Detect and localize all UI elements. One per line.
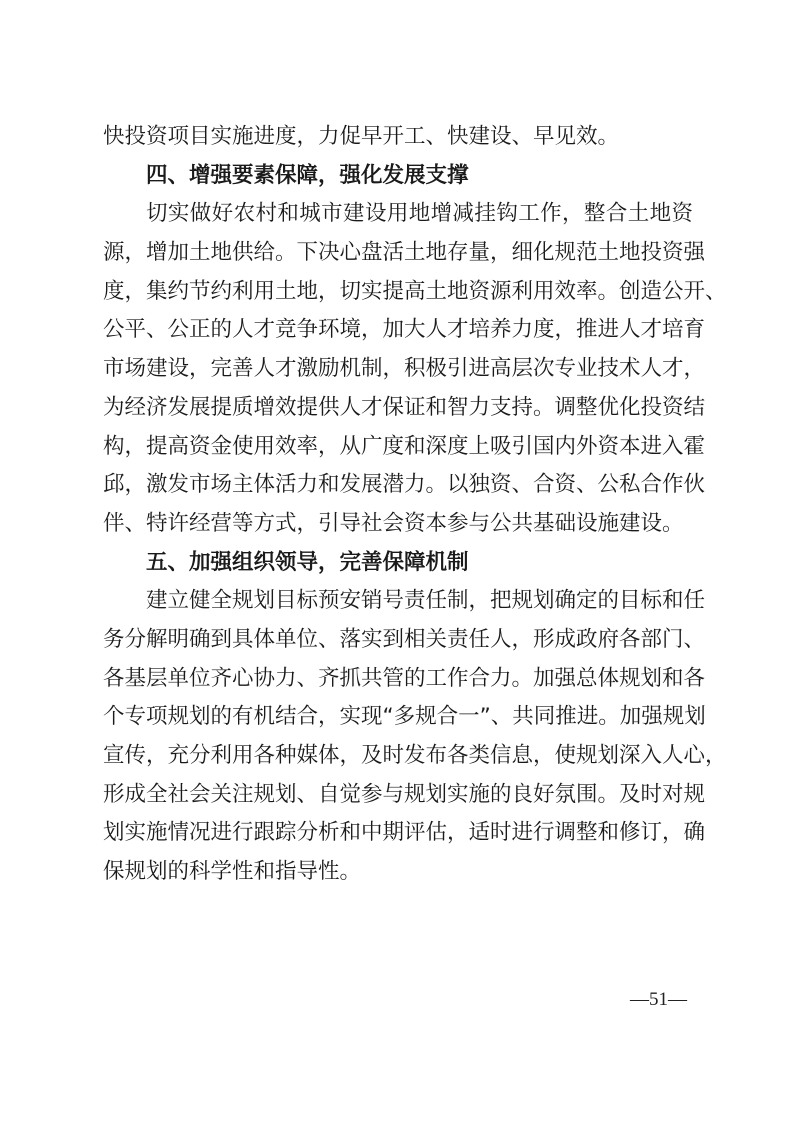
- body-line: 务分解明确到具体单位、落实到相关责任人，形成政府各部门、: [103, 621, 693, 660]
- body-line: 保规划的科学性和指导性。: [103, 853, 693, 892]
- body-line: 伴、特许经营等方式，引导社会资本参与公共基础设施建设。: [103, 505, 693, 544]
- section-heading-5: 五、加强组织领导，完善保障机制: [103, 544, 693, 583]
- page-number: —51—: [630, 989, 687, 1011]
- body-line: 建立健全规划目标预安销号责任制，把规划确定的目标和任: [103, 582, 693, 621]
- body-line: 划实施情况进行跟踪分析和中期评估，适时进行调整和修订，确: [103, 814, 693, 853]
- body-line: 个专项规划的有机结合，实现“多规合一”、共同推进。加强规划: [103, 698, 693, 737]
- body-line: 形成全社会关注规划、自觉参与规划实施的良好氛围。及时对规: [103, 776, 693, 815]
- document-page: 快投资项目实施进度，力促早开工、快建设、早见效。 四、增强要素保障，强化发展支撑…: [0, 0, 793, 1122]
- body-line: 源，增加土地供给。下决心盘活土地存量，细化规范土地投资强: [103, 234, 693, 273]
- section-heading-4: 四、增强要素保障，强化发展支撑: [103, 157, 693, 196]
- body-line: 为经济发展提质增效提供人才保证和智力支持。调整优化投资结: [103, 389, 693, 428]
- body-line: 邱，激发市场主体活力和发展潜力。以独资、合资、公私合作伙: [103, 466, 693, 505]
- body-line: 公平、公正的人才竞争环境，加大人才培养力度，推进人才培育: [103, 311, 693, 350]
- body-line: 各基层单位齐心协力、齐抓共管的工作合力。加强总体规划和各: [103, 660, 693, 699]
- body-line: 宣传，充分利用各种媒体，及时发布各类信息，使规划深入人心，: [103, 737, 693, 776]
- body-line: 快投资项目实施进度，力促早开工、快建设、早见效。: [103, 118, 693, 157]
- body-line: 度，集约节约利用土地，切实提高土地资源利用效率。创造公开、: [103, 273, 693, 312]
- body-line: 切实做好农村和城市建设用地增减挂钩工作，整合土地资: [103, 195, 693, 234]
- document-body: 快投资项目实施进度，力促早开工、快建设、早见效。 四、增强要素保障，强化发展支撑…: [103, 118, 693, 892]
- body-line: 市场建设，完善人才激励机制，积极引进高层次专业技术人才，: [103, 350, 693, 389]
- body-line: 构，提高资金使用效率，从广度和深度上吸引国内外资本进入霍: [103, 428, 693, 467]
